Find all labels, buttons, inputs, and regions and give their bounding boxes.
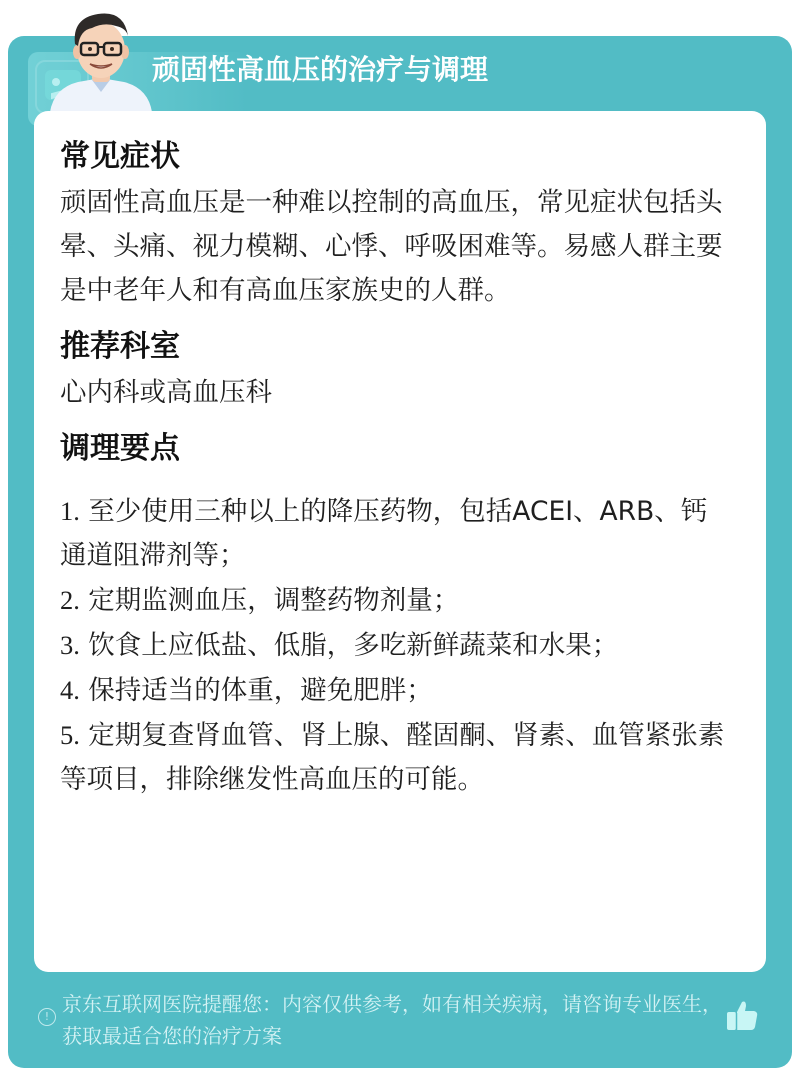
info-card: 常见症状 顽固性高血压是一种难以控制的高血压，常见症状包括头晕、头痛、视力模糊、… [34, 111, 766, 972]
item-number: 1. [60, 496, 80, 526]
symptoms-heading: 常见症状 [60, 133, 732, 181]
department-text: 心内科或高血压科 [60, 371, 732, 415]
care-item-3: 3. 饮食上应低盐、低脂，多吃新鲜蔬菜和水果； [60, 623, 732, 668]
page-title: 顽固性高血压的治疗与调理 [152, 50, 488, 90]
care-item-1: 1. 至少使用三种以上的降压药物，包括ACEI、ARB、钙通道阻滞剂等； [60, 489, 732, 578]
doctor-avatar [48, 8, 154, 112]
item-number: 5. [60, 720, 80, 750]
item-text: 定期监测血压，调整药物剂量； [80, 585, 459, 616]
item-text: 饮食上应低盐、低脂，多吃新鲜蔬菜和水果； [80, 630, 618, 661]
item-number: 2. [60, 585, 80, 615]
item-number: 3. [60, 630, 80, 660]
card-content: 常见症状 顽固性高血压是一种难以控制的高血压，常见症状包括头晕、头痛、视力模糊、… [60, 133, 732, 802]
care-item-5: 5. 定期复查肾血管、肾上腺、醛固酮、肾素、血管紧张素等项目，排除继发性高血压的… [60, 713, 732, 802]
care-item-2: 2. 定期监测血压，调整药物剂量； [60, 578, 732, 623]
care-item-4: 4. 保持适当的体重，避免肥胖； [60, 668, 732, 713]
info-icon: ! [38, 1008, 56, 1026]
department-heading: 推荐科室 [60, 323, 732, 371]
care-heading: 调理要点 [60, 425, 732, 473]
care-list: 1. 至少使用三种以上的降压药物，包括ACEI、ARB、钙通道阻滞剂等； 2. … [60, 489, 732, 802]
item-text: 定期复查肾血管、肾上腺、醛固酮、肾素、血管紧张素等项目，排除继发性高血压的可能。 [60, 720, 724, 795]
item-text: 保持适当的体重，避免肥胖； [80, 675, 433, 706]
item-number: 4. [60, 675, 80, 705]
item-text: 至少使用三种以上的降压药物，包括ACEI、ARB、钙通道阻滞剂等； [60, 496, 707, 571]
disclaimer-text: 京东互联网医院提醒您：内容仅供参考，如有相关疾病，请咨询专业医生，获取最适合您的… [62, 988, 732, 1052]
thumbs-up-icon[interactable] [724, 998, 760, 1034]
symptoms-text: 顽固性高血压是一种难以控制的高血压，常见症状包括头晕、头痛、视力模糊、心悸、呼吸… [60, 181, 732, 313]
